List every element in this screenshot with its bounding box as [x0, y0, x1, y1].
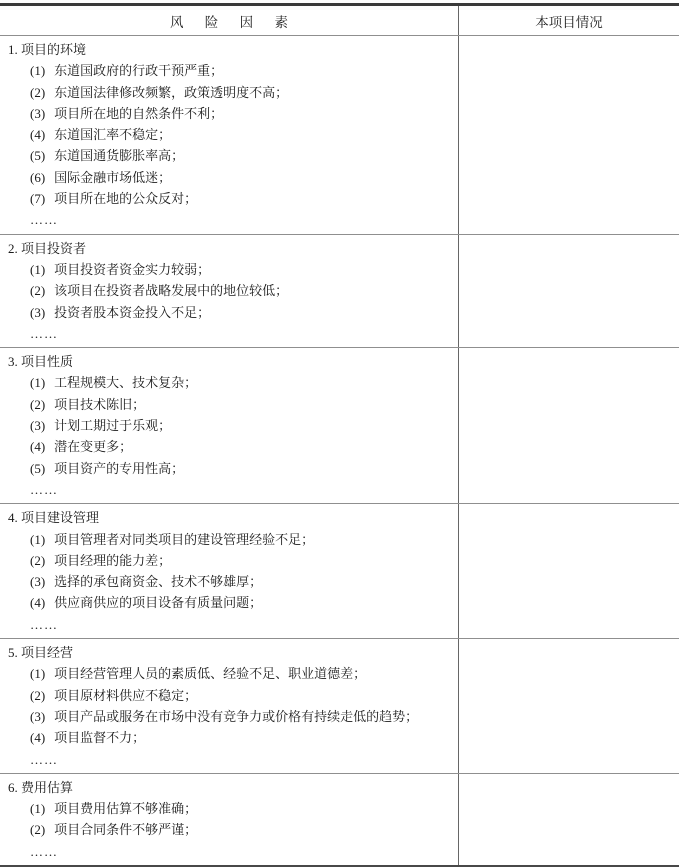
risk-item-text: 项目经理的能力差； — [54, 553, 171, 568]
risk-item-text: 东道国通货膨胀率高； — [54, 148, 184, 163]
risk-item: (5)项目资产的专用性高； — [8, 458, 452, 479]
risk-factor-cell: 3. 项目性质 (1)工程规模大、技术复杂；(2)项目技术陈旧；(3)计划工期过… — [0, 348, 459, 503]
risk-item-number: (4) — [30, 439, 45, 454]
risk-item-number: (1) — [30, 375, 45, 390]
risk-item-text: 潜在变更多； — [54, 439, 132, 454]
section-ellipsis: …… — [8, 323, 452, 344]
risk-item: (1)项目投资者资金实力较弱； — [8, 259, 452, 280]
risk-item-text: 供应商供应的项目设备有质量问题； — [54, 595, 262, 610]
risk-factor-cell: 4. 项目建设管理 (1)项目管理者对同类项目的建设管理经验不足；(2)项目经理… — [0, 504, 459, 638]
risk-item-text: 工程规模大、技术复杂； — [54, 375, 197, 390]
risk-item-number: (1) — [30, 63, 45, 78]
section-title: 2. 项目投资者 — [8, 238, 452, 259]
risk-item-text: 项目管理者对同类项目的建设管理经验不足； — [54, 532, 314, 547]
risk-item: (4)供应商供应的项目设备有质量问题； — [8, 592, 452, 613]
risk-item: (2)项目技术陈旧； — [8, 394, 452, 415]
risk-item-number: (2) — [30, 397, 45, 412]
risk-item-number: (2) — [30, 283, 45, 298]
risk-item: (3)项目产品或服务在市场中没有竞争力或价格有持续走低的趋势； — [8, 706, 452, 727]
risk-item-text: 该项目在投资者战略发展中的地位较低； — [54, 283, 288, 298]
table-row: 5. 项目经营 (1)项目经营管理人员的素质低、经验不足、职业道德差；(2)项目… — [0, 639, 679, 774]
risk-item: (3)项目所在地的自然条件不利； — [8, 103, 452, 124]
risk-item-number: (3) — [30, 709, 45, 724]
risk-item: (4)东道国汇率不稳定； — [8, 124, 452, 145]
risk-item: (2)该项目在投资者战略发展中的地位较低； — [8, 280, 452, 301]
project-status-cell — [459, 639, 679, 773]
section-ellipsis: …… — [8, 841, 452, 862]
section-ellipsis: …… — [8, 614, 452, 635]
table-header-row: 风 险 因 素 本项目情况 — [0, 6, 679, 36]
risk-item-number: (4) — [30, 730, 45, 745]
section-ellipsis: …… — [8, 749, 452, 770]
risk-item-number: (2) — [30, 85, 45, 100]
section-title: 4. 项目建设管理 — [8, 507, 452, 528]
risk-item: (6)国际金融市场低迷； — [8, 167, 452, 188]
risk-item-text: 选择的承包商资金、技术不够雄厚； — [54, 574, 262, 589]
risk-item-number: (2) — [30, 553, 45, 568]
risk-item-number: (4) — [30, 595, 45, 610]
risk-factor-cell: 1. 项目的环境 (1)东道国政府的行政干预严重；(2)东道国法律修改频繁，政策… — [0, 36, 459, 234]
risk-item-number: (3) — [30, 305, 45, 320]
risk-item-number: (1) — [30, 801, 45, 816]
section-title: 5. 项目经营 — [8, 642, 452, 663]
risk-item-text: 项目所在地的公众反对； — [54, 191, 197, 206]
risk-item: (3)计划工期过于乐观； — [8, 415, 452, 436]
risk-item-number: (6) — [30, 170, 45, 185]
risk-item-text: 计划工期过于乐观； — [54, 418, 171, 433]
section-ellipsis: …… — [8, 209, 452, 230]
project-status-cell — [459, 235, 679, 347]
column-header-risk-factors: 风 险 因 素 — [0, 6, 459, 35]
risk-item-text: 项目所在地的自然条件不利； — [54, 106, 223, 121]
risk-item-number: (1) — [30, 666, 45, 681]
project-status-cell — [459, 36, 679, 234]
risk-factor-cell: 2. 项目投资者 (1)项目投资者资金实力较弱；(2)该项目在投资者战略发展中的… — [0, 235, 459, 347]
risk-item-text: 投资者股本资金投入不足； — [54, 305, 210, 320]
table-row: 3. 项目性质 (1)工程规模大、技术复杂；(2)项目技术陈旧；(3)计划工期过… — [0, 348, 679, 504]
risk-item: (2)东道国法律修改频繁，政策透明度不高； — [8, 82, 452, 103]
risk-item-number: (5) — [30, 148, 45, 163]
risk-item: (5)东道国通货膨胀率高； — [8, 145, 452, 166]
risk-factor-cell: 6. 费用估算 (1)项目费用估算不够准确；(2)项目合同条件不够严谨；…… — [0, 774, 459, 865]
risk-item-text: 国际金融市场低迷； — [54, 170, 171, 185]
risk-item: (2)项目合同条件不够严谨； — [8, 819, 452, 840]
risk-item: (2)项目原材料供应不稳定； — [8, 685, 452, 706]
risk-item-number: (2) — [30, 688, 45, 703]
risk-item: (7)项目所在地的公众反对； — [8, 188, 452, 209]
risk-item: (4)潜在变更多； — [8, 436, 452, 457]
risk-item-number: (3) — [30, 418, 45, 433]
risk-item-text: 项目原材料供应不稳定； — [54, 688, 197, 703]
section-ellipsis: …… — [8, 479, 452, 500]
risk-item-text: 项目资产的专用性高； — [54, 461, 184, 476]
risk-item: (1)项目管理者对同类项目的建设管理经验不足； — [8, 529, 452, 550]
project-status-cell — [459, 504, 679, 638]
risk-item-text: 东道国汇率不稳定； — [54, 127, 171, 142]
section-title: 3. 项目性质 — [8, 351, 452, 372]
risk-item-text: 项目产品或服务在市场中没有竞争力或价格有持续走低的趋势； — [54, 709, 418, 724]
risk-item-text: 项目费用估算不够准确； — [54, 801, 197, 816]
risk-factors-table: 风 险 因 素 本项目情况 1. 项目的环境 (1)东道国政府的行政干预严重；(… — [0, 3, 679, 867]
table-row: 4. 项目建设管理 (1)项目管理者对同类项目的建设管理经验不足；(2)项目经理… — [0, 504, 679, 639]
risk-item: (2)项目经理的能力差； — [8, 550, 452, 571]
risk-item: (1)项目费用估算不够准确； — [8, 798, 452, 819]
risk-item-number: (3) — [30, 106, 45, 121]
risk-factor-cell: 5. 项目经营 (1)项目经营管理人员的素质低、经验不足、职业道德差；(2)项目… — [0, 639, 459, 773]
risk-item: (3)选择的承包商资金、技术不够雄厚； — [8, 571, 452, 592]
risk-item-number: (4) — [30, 127, 45, 142]
risk-item: (1)工程规模大、技术复杂； — [8, 372, 452, 393]
table-row: 6. 费用估算 (1)项目费用估算不够准确；(2)项目合同条件不够严谨；…… — [0, 774, 679, 865]
section-title: 6. 费用估算 — [8, 777, 452, 798]
risk-item-text: 东道国法律修改频繁，政策透明度不高； — [54, 85, 288, 100]
risk-item-text: 项目经营管理人员的素质低、经验不足、职业道德差； — [54, 666, 366, 681]
risk-item: (4)项目监督不力； — [8, 727, 452, 748]
column-header-project-status: 本项目情况 — [459, 6, 679, 35]
risk-item-text: 项目技术陈旧； — [54, 397, 145, 412]
table-row: 2. 项目投资者 (1)项目投资者资金实力较弱；(2)该项目在投资者战略发展中的… — [0, 235, 679, 348]
risk-item-number: (3) — [30, 574, 45, 589]
table-body: 1. 项目的环境 (1)东道国政府的行政干预严重；(2)东道国法律修改频繁，政策… — [0, 36, 679, 865]
risk-item-text: 项目合同条件不够严谨； — [54, 822, 197, 837]
section-title: 1. 项目的环境 — [8, 39, 452, 60]
risk-item-number: (1) — [30, 262, 45, 277]
risk-item-number: (5) — [30, 461, 45, 476]
risk-item: (3)投资者股本资金投入不足； — [8, 302, 452, 323]
risk-item-number: (1) — [30, 532, 45, 547]
risk-item: (1)东道国政府的行政干预严重； — [8, 60, 452, 81]
risk-item-text: 东道国政府的行政干预严重； — [54, 63, 223, 78]
risk-item-number: (2) — [30, 822, 45, 837]
risk-item: (1)项目经营管理人员的素质低、经验不足、职业道德差； — [8, 663, 452, 684]
table-row: 1. 项目的环境 (1)东道国政府的行政干预严重；(2)东道国法律修改频繁，政策… — [0, 36, 679, 235]
risk-item-text: 项目投资者资金实力较弱； — [54, 262, 210, 277]
project-status-cell — [459, 348, 679, 503]
risk-item-number: (7) — [30, 191, 45, 206]
risk-item-text: 项目监督不力； — [54, 730, 145, 745]
project-status-cell — [459, 774, 679, 865]
